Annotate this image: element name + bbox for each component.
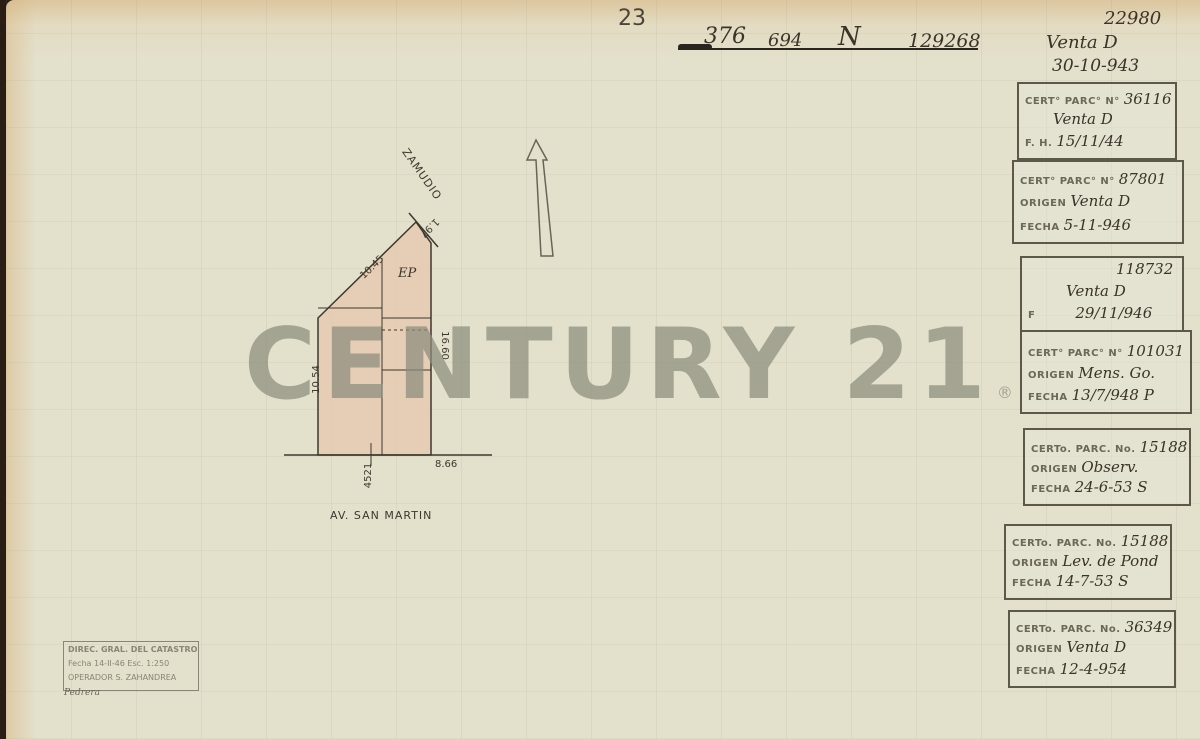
dim-to-corner: 8.66 xyxy=(435,459,457,470)
certificate-stamp: CERT° PARC° N°36116 Venta D F. H.15/11/4… xyxy=(1017,82,1177,160)
certificate-stamp: CERTo. PARC. No.15188 ORIGENLev. de Pond… xyxy=(1004,524,1172,600)
certificate-stamp: CERT° PARC° N°87801 ORIGENVenta D FECHA5… xyxy=(1012,160,1184,244)
certificate-stamp: 118732 Venta D F29/11/946 xyxy=(1020,256,1184,332)
street-number: 4521 xyxy=(363,463,374,488)
certificate-stamp: CERTo. PARC. No.36349 ORIGENVenta D FECH… xyxy=(1008,610,1176,688)
catastro-stamp: DIREC. GRAL. DEL CATASTRO Fecha 14-II-46… xyxy=(63,641,199,691)
certificate-stamp: CERTo. PARC. No.15188 ORIGENObserv. FECH… xyxy=(1023,428,1191,506)
north-arrow-icon xyxy=(527,140,553,256)
cadastral-card: 23 376 694 N 129268 22980 Venta D 30-10-… xyxy=(6,0,1200,739)
certificate-stamp: CERT° PARC° N°101031 ORIGENMens. Go. FEC… xyxy=(1020,330,1192,414)
street-av-san-martin: AV. SAN MARTIN xyxy=(330,509,432,522)
century21-watermark: CENTURY 21® xyxy=(244,316,1013,414)
registered-mark: ® xyxy=(997,383,1013,402)
watermark-text: CENTURY 21 xyxy=(244,308,993,422)
catastro-signature: Pedrera xyxy=(64,688,100,698)
inner-label: EP xyxy=(398,266,416,281)
